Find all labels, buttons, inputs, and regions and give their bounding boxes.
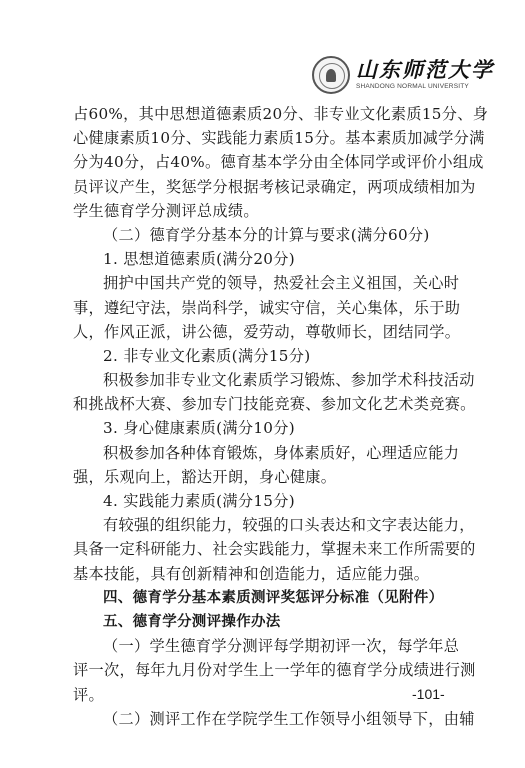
page-header: 山东师范大学 SHANDONG NORMAL UNIVERSITY bbox=[312, 52, 512, 98]
body-line: 占60%，其中思想道德素质20分、非专业文化素质15分、身 bbox=[73, 102, 459, 126]
body-line: 学生德育学分测评总成绩。 bbox=[73, 199, 459, 223]
body-line: 评。 bbox=[73, 683, 459, 707]
body-line: 和挑战杯大赛、参加专门技能竞赛、参加文化艺术类竞赛。 bbox=[73, 392, 459, 416]
body-line: 强，乐观向上，豁达开朗，身心健康。 bbox=[73, 465, 459, 489]
subsection-heading: 1. 思想道德素质(满分20分) bbox=[73, 247, 459, 271]
body-line: 员评议产生，奖惩学分根据考核记录确定，两项成绩相加为 bbox=[73, 175, 459, 199]
section-heading: （二）德育学分基本分的计算与要求(满分60分) bbox=[73, 223, 459, 247]
body-line: 心健康素质10分、实践能力素质15分。基本素质加减学分满 bbox=[73, 126, 459, 150]
university-name-chinese: 山东师范大学 bbox=[356, 59, 494, 80]
subsection-heading: 4. 实践能力素质(满分15分) bbox=[73, 489, 459, 513]
body-line: 积极参加非专业文化素质学习锻炼、参加学术科技活动 bbox=[73, 368, 459, 392]
body-line: 拥护中国共产党的领导，热爱社会主义祖国，关心时 bbox=[73, 271, 459, 295]
university-emblem-icon bbox=[312, 56, 350, 94]
chapter-heading: 四、德育学分基本素质测评奖惩评分标准（见附件） bbox=[73, 586, 459, 610]
subsection-heading: 3. 身心健康素质(满分10分) bbox=[73, 416, 459, 440]
university-name-english: SHANDONG NORMAL UNIVERSITY bbox=[356, 84, 494, 91]
body-line: 具备一定科研能力、社会实践能力，掌握未来工作所需要的 bbox=[73, 537, 459, 561]
page-number: -101- bbox=[412, 686, 445, 702]
body-line: 评一次，每年九月份对学生上一学年的德育学分成绩进行测 bbox=[73, 658, 459, 682]
subsection-heading: 2. 非专业文化素质(满分15分) bbox=[73, 344, 459, 368]
body-line: 人，作风正派，讲公德，爱劳动，尊敬师长，团结同学。 bbox=[73, 320, 459, 344]
university-logo-text: 山东师范大学 SHANDONG NORMAL UNIVERSITY bbox=[356, 59, 494, 91]
body-line: 事，遵纪守法，崇尚科学，诚实守信，关心集体，乐于助 bbox=[73, 296, 459, 320]
body-line: （二）测评工作在学院学生工作领导小组领导下，由辅 bbox=[73, 707, 459, 731]
document-body: 占60%，其中思想道德素质20分、非专业文化素质15分、身 心健康素质10分、实… bbox=[73, 102, 459, 731]
chapter-heading: 五、德育学分测评操作办法 bbox=[73, 610, 459, 634]
body-line: 分为40分，占40%。德育基本学分由全体同学或评价小组成 bbox=[73, 150, 459, 174]
body-line: 基本技能，具有创新精神和创造能力，适应能力强。 bbox=[73, 562, 459, 586]
body-line: （一）学生德育学分测评每学期初评一次，每学年总 bbox=[73, 634, 459, 658]
body-line: 积极参加各种体育锻炼，身体素质好，心理适应能力 bbox=[73, 441, 459, 465]
body-line: 有较强的组织能力，较强的口头表达和文字表达能力， bbox=[73, 513, 459, 537]
